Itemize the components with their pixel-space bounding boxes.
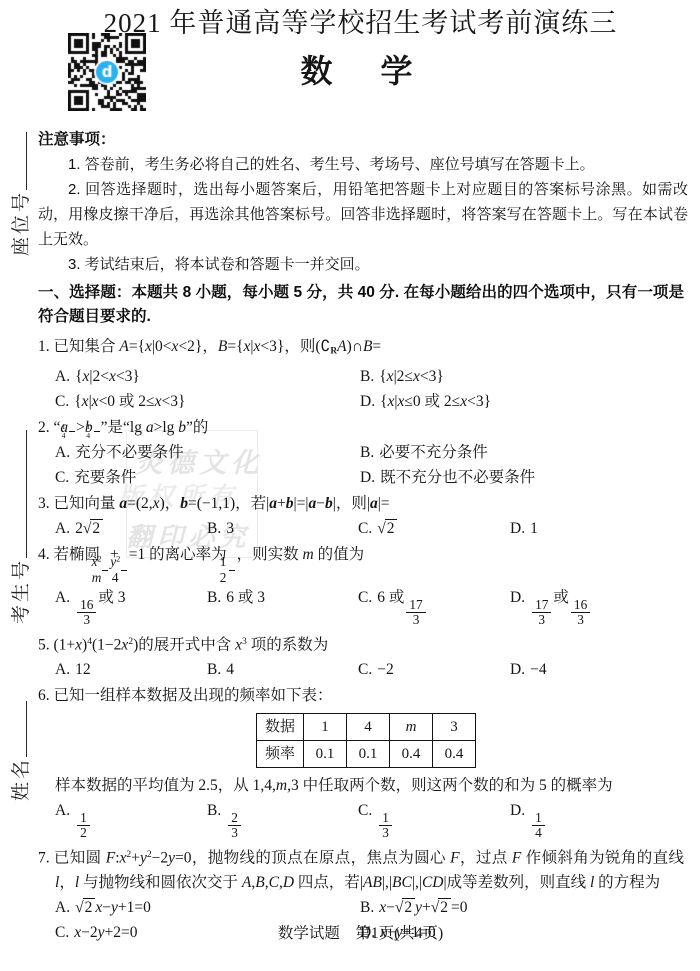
option-label: B. (207, 520, 221, 537)
notice-section: 注意事项： 1. 答卷前，考生务必将自己的姓名、考生号、考场号、座位号填写在答题… (38, 127, 688, 277)
table-cell: 0.1 (304, 741, 347, 768)
margin-label-seat-number: 座位号 (6, 132, 33, 256)
option-c: C.13 (358, 798, 510, 841)
option-d: D.1 (510, 516, 684, 541)
qr-code (68, 33, 146, 111)
notice-item: 2. 回答选择题时，选出每小题答案后，用铅笔把答题卡上对应题目的答案标号涂黑。如… (38, 177, 688, 252)
table-cell: 数据 (257, 714, 304, 741)
option-b: B.23 (207, 798, 358, 841)
option-row: A.12 B.23 C.13 D.14 (55, 798, 684, 841)
option-label: B. (360, 368, 374, 385)
question-stem: 1. 已知集合 A={x|0<x<2}，B={x|x<3}，则(∁RA)∩B= (38, 334, 684, 364)
option-text: −4 (530, 661, 547, 678)
option-label: C. (55, 469, 69, 486)
option-label: B. (360, 444, 374, 461)
option-text: 12 (75, 802, 92, 819)
option-a: A.12 (55, 798, 207, 841)
option-text: √2x−y+1=0 (75, 899, 151, 916)
option-text: 1 (530, 520, 538, 537)
option-label: D. (510, 661, 525, 678)
option-label: C. (358, 661, 372, 678)
option-label: D. (510, 520, 525, 537)
option-text: {x|2<x<3} (75, 368, 140, 385)
option-label: A. (55, 589, 70, 606)
fill-in-line (22, 430, 27, 558)
option-label: A. (55, 899, 70, 916)
table-cell: 频率 (257, 741, 304, 768)
margin-label-text: 座位号 (11, 190, 32, 256)
question-stem: 7. 已知圆 F:x2+y2−2y=0，抛物线的顶点在原点，焦点为圆心 F，过点… (38, 842, 684, 895)
option-text: 173或163 (530, 589, 592, 606)
option-a: A.2√2 (55, 516, 207, 541)
table-row-frequency: 频率 0.1 0.1 0.4 0.4 (257, 741, 476, 768)
option-d: D.{x|x≤0 或 2≤x<3} (360, 389, 684, 414)
option-a: A.√2x−y+1=0 (55, 895, 360, 920)
option-c: C.充要条件 (55, 465, 360, 490)
option-label: D. (360, 469, 375, 486)
question-2: 2. “a14>b14”是“lg a>lg b”的 A.充分不必要条件 B.必要… (38, 415, 684, 490)
option-c: C.6 或173 (358, 585, 510, 628)
option-b: B.3 (207, 516, 358, 541)
table-cell: 4 (347, 714, 390, 741)
option-b: B.x−√2y+√2=0 (360, 895, 684, 920)
option-label: A. (55, 368, 70, 385)
option-text: 23 (226, 802, 243, 819)
option-text: 163或 3 (75, 589, 125, 606)
option-row: A.12 B.4 C.−2 D.−4 (55, 657, 684, 682)
option-label: A. (55, 802, 70, 819)
option-label: C. (358, 802, 372, 819)
fill-in-line (22, 701, 27, 757)
option-text: 14 (530, 802, 547, 819)
option-d: D.14 (510, 798, 684, 841)
question-6: 6. 已知一组样本数据及出现的频率如下表： 数据 1 4 m 3 频率 0.1 … (38, 683, 684, 841)
question-stem: 5. (1+x)4(1−2x2)的展开式中含 x3 项的系数为 (38, 629, 684, 657)
table-row-data: 数据 1 4 m 3 (257, 714, 476, 741)
option-d: D.173或163 (510, 585, 684, 628)
option-text: 充分不必要条件 (75, 444, 184, 461)
option-text: {x|x<0 或 2≤x<3} (74, 393, 185, 410)
option-text: √2 (377, 520, 397, 537)
question-area: 一、选择题：本题共 8 小题，每小题 5 分，共 40 分. 在每小题给出的四个… (38, 281, 684, 946)
fill-in-line (22, 132, 27, 190)
option-label: C. (55, 393, 69, 410)
option-label: C. (358, 589, 372, 606)
table-cell: 1 (304, 714, 347, 741)
option-c: C.{x|x<0 或 2≤x<3} (55, 389, 360, 414)
margin-label-name: 姓名 (6, 701, 33, 801)
option-b: B.4 (207, 657, 358, 682)
option-text: 12 (75, 661, 91, 678)
question-4: 4. 若椭圆x2m+y24=1 的离心率为12，则实数 m 的值为 A.163或… (38, 542, 684, 627)
option-row: A.2√2 B.3 C.√2 D.1 (55, 516, 684, 541)
table-cell: 0.4 (390, 741, 433, 768)
option-text: 既不充分也不必要条件 (380, 469, 535, 486)
option-d: D.既不充分也不必要条件 (360, 465, 684, 490)
option-label: B. (207, 661, 221, 678)
option-label: D. (360, 393, 375, 410)
section-heading: 一、选择题：本题共 8 小题，每小题 5 分，共 40 分. 在每小题给出的四个… (38, 281, 684, 329)
margin-label-text: 姓名 (11, 757, 32, 801)
option-text: 3 (226, 520, 234, 537)
option-a: A.{x|2<x<3} (55, 364, 360, 389)
option-label: A. (55, 661, 70, 678)
option-text: −2 (377, 661, 394, 678)
page-footer: 数学试题 第1页(共4页) (38, 921, 683, 943)
option-label: A. (55, 444, 70, 461)
table-cell: 3 (433, 714, 476, 741)
option-label: B. (207, 589, 221, 606)
table-cell: m (390, 714, 433, 741)
exam-page: 炎德文化 版权所有 翻印必究 2021 年普通高等学校招生考试考前演练三 数 学… (0, 0, 700, 971)
option-c: C.−2 (358, 657, 510, 682)
option-text: 6 或 3 (226, 589, 265, 606)
option-label: D. (510, 589, 525, 606)
option-text: {x|2≤x<3} (379, 368, 444, 385)
option-label: B. (360, 899, 374, 916)
option-text: 13 (377, 802, 394, 819)
question-5: 5. (1+x)4(1−2x2)的展开式中含 x3 项的系数为 A.12 B.4… (38, 629, 684, 682)
notice-heading: 注意事项： (38, 127, 688, 152)
question-stem: 6. 已知一组样本数据及出现的频率如下表： (38, 683, 684, 708)
option-label: D. (510, 802, 525, 819)
table-cell: 0.4 (433, 741, 476, 768)
question-3: 3. 已知向量 a=(2,x)，b=(−1,1)，若|a+b|=|a−b|，则|… (38, 491, 684, 541)
option-a: A.163或 3 (55, 585, 207, 628)
option-text: 4 (226, 661, 234, 678)
table-cell: 0.1 (347, 741, 390, 768)
margin-label-text: 考生号 (11, 558, 32, 624)
option-label: C. (358, 520, 372, 537)
question-stem: 2. “a14>b14”是“lg a>lg b”的 (38, 415, 684, 440)
option-text: 2√2 (75, 520, 103, 537)
frequency-table: 数据 1 4 m 3 频率 0.1 0.1 0.4 0.4 (256, 713, 476, 768)
margin-label-examinee-number: 考生号 (6, 430, 33, 624)
question-continuation: 样本数据的平均值为 2.5，从 1,4,m,3 中任取两个数，则这两个数的和为 … (38, 773, 684, 798)
option-row: A.充分不必要条件 B.必要不充分条件 C.充要条件 D.既不充分也不必要条件 (55, 440, 684, 490)
option-text: {x|x≤0 或 2≤x<3} (380, 393, 491, 410)
option-text: 充要条件 (74, 469, 136, 486)
option-text: 6 或173 (377, 589, 427, 606)
option-a: A.12 (55, 657, 207, 682)
question-1: 1. 已知集合 A={x|0<x<2}，B={x|x<3}，则(∁RA)∩B= … (38, 334, 684, 414)
option-a: A.充分不必要条件 (55, 440, 360, 465)
notice-item: 1. 答卷前，考生务必将自己的姓名、考生号、考场号、座位号填写在答题卡上。 (38, 152, 688, 177)
option-b: B.必要不充分条件 (360, 440, 684, 465)
option-c: C.√2 (358, 516, 510, 541)
option-row: A.163或 3 B.6 或 3 C.6 或173 D.173或163 (55, 585, 684, 628)
question-stem: 3. 已知向量 a=(2,x)，b=(−1,1)，若|a+b|=|a−b|，则|… (38, 491, 684, 516)
option-b: B.{x|2≤x<3} (360, 364, 684, 389)
option-text: 必要不充分条件 (379, 444, 488, 461)
question-stem: 4. 若椭圆x2m+y24=1 的离心率为12，则实数 m 的值为 (38, 542, 684, 585)
option-d: D.−4 (510, 657, 684, 682)
option-label: A. (55, 520, 70, 537)
option-b: B.6 或 3 (207, 585, 358, 628)
option-text: x−√2y+√2=0 (379, 899, 467, 916)
option-label: B. (207, 802, 221, 819)
notice-item: 3. 考试结束后，将本试卷和答题卡一并交回。 (38, 252, 688, 277)
option-row: A.{x|2<x<3} B.{x|2≤x<3} C.{x|x<0 或 2≤x<3… (55, 364, 684, 414)
